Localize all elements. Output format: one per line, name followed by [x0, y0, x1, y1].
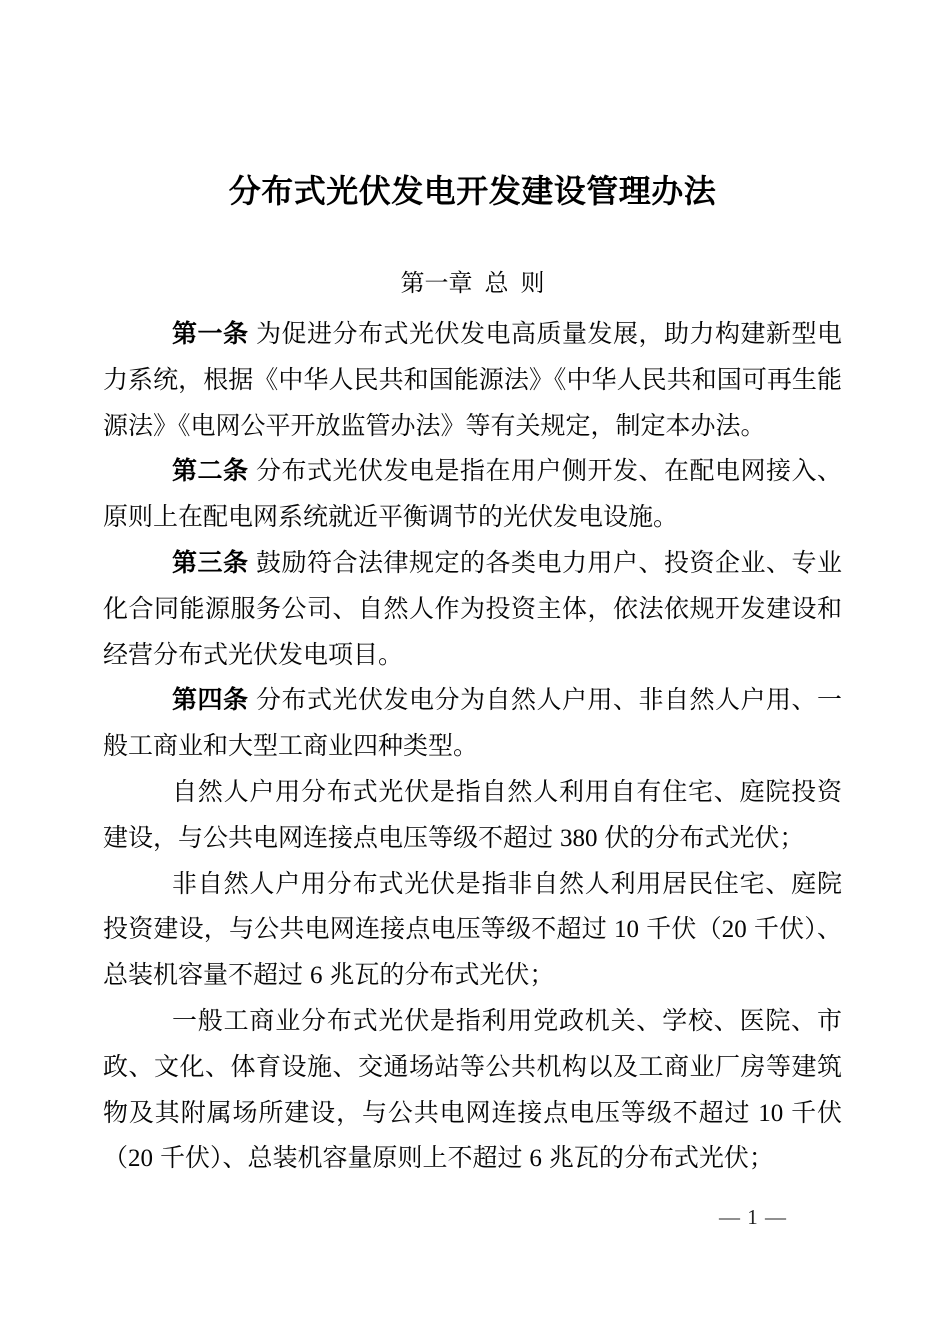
article-number: 第三条 — [172, 549, 249, 577]
page-number: — 1 — — [719, 1203, 787, 1231]
paragraph: 第四条 分布式光伏发电分为自然人户用、非自然人户用、一般工商业和大型工商业四种类… — [103, 678, 842, 770]
numeral: 380 — [560, 825, 598, 852]
numeral: 10 — [614, 916, 639, 943]
document-title: 分布式光伏发电开发建设管理办法 — [103, 168, 842, 214]
article-number: 第四条 — [172, 686, 249, 714]
numeral: 10 — [758, 1100, 783, 1127]
document-body: 第一条 为促进分布式光伏发电高质量发展，助力构建新型电力系统，根据《中华人民共和… — [103, 312, 842, 1182]
paragraph: 一般工商业分布式光伏是指利用党政机关、学校、医院、市政、文化、体育设施、交通场站… — [103, 999, 842, 1182]
document-content: 分布式光伏发电开发建设管理办法 第一章 总 则 第一条 为促进分布式光伏发电高质… — [0, 168, 950, 1182]
paragraph: 第一条 为促进分布式光伏发电高质量发展，助力构建新型电力系统，根据《中华人民共和… — [103, 312, 842, 449]
paragraph: 自然人户用分布式光伏是指自然人利用自有住宅、庭院投资建设，与公共电网连接点电压等… — [103, 770, 842, 862]
paragraph: 第二条 分布式光伏发电是指在用户侧开发、在配电网接入、原则上在配电网系统就近平衡… — [103, 449, 842, 541]
numeral: 6 — [529, 1145, 542, 1172]
document-page: 分布式光伏发电开发建设管理办法 第一章 总 则 第一条 为促进分布式光伏发电高质… — [0, 0, 950, 1344]
numeral: 20 — [128, 1145, 153, 1172]
article-number: 第二条 — [172, 457, 249, 485]
chapter-heading: 第一章 总 则 — [103, 264, 842, 304]
paragraph: 非自然人户用分布式光伏是指非自然人利用居民住宅、庭院投资建设，与公共电网连接点电… — [103, 862, 842, 999]
paragraph: 第三条 鼓励符合法律规定的各类电力用户、投资企业、专业化合同能源服务公司、自然人… — [103, 541, 842, 678]
article-number: 第一条 — [172, 320, 249, 348]
numeral: 6 — [310, 962, 323, 989]
numeral: 20 — [722, 916, 747, 943]
